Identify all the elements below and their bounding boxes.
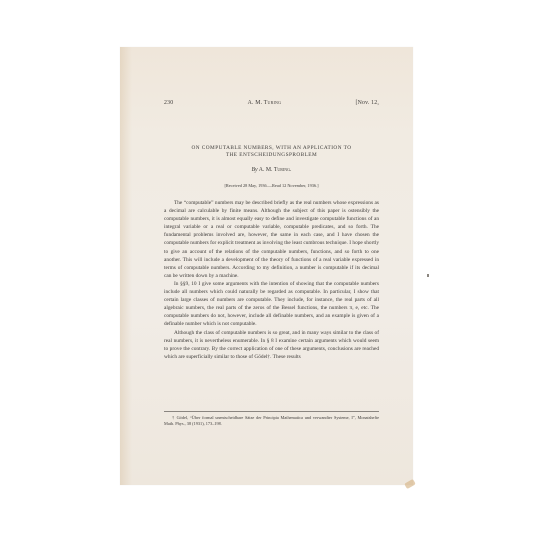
footnote: † Gödel, “Über formal unentscheidbare Sä… bbox=[164, 415, 379, 427]
running-head-author: A. M. Turing bbox=[248, 100, 282, 106]
byline: By A. M. Turing. bbox=[164, 167, 379, 173]
running-header: 230 A. M. Turing [Nov. 12, bbox=[164, 100, 379, 106]
byline-prefix: By bbox=[252, 167, 258, 173]
byline-author: A. M. Turing. bbox=[259, 167, 292, 173]
paper-page: 230 A. M. Turing [Nov. 12, ON COMPUTABLE… bbox=[120, 47, 413, 485]
page-number: 230 bbox=[164, 100, 173, 106]
footnote-divider bbox=[164, 411, 379, 412]
paragraph: Although the class of computable numbers… bbox=[164, 329, 379, 361]
received-note: [Received 28 May, 1936.—Read 12 November… bbox=[164, 183, 379, 188]
paper-title: ON COMPUTABLE NUMBERS, WITH AN APPLICATI… bbox=[164, 145, 379, 159]
title-line-1: ON COMPUTABLE NUMBERS, WITH AN APPLICATI… bbox=[164, 145, 379, 152]
paragraph: In §§9, 10 I give some arguments with th… bbox=[164, 280, 379, 329]
paragraph: The “computable” numbers may be describe… bbox=[164, 199, 379, 280]
header-date: [Nov. 12, bbox=[356, 100, 379, 106]
title-line-2: THE ENTSCHEIDUNGSPROBLEM bbox=[164, 152, 379, 159]
body-text: The “computable” numbers may be describe… bbox=[164, 199, 379, 361]
margin-mark bbox=[427, 274, 429, 277]
